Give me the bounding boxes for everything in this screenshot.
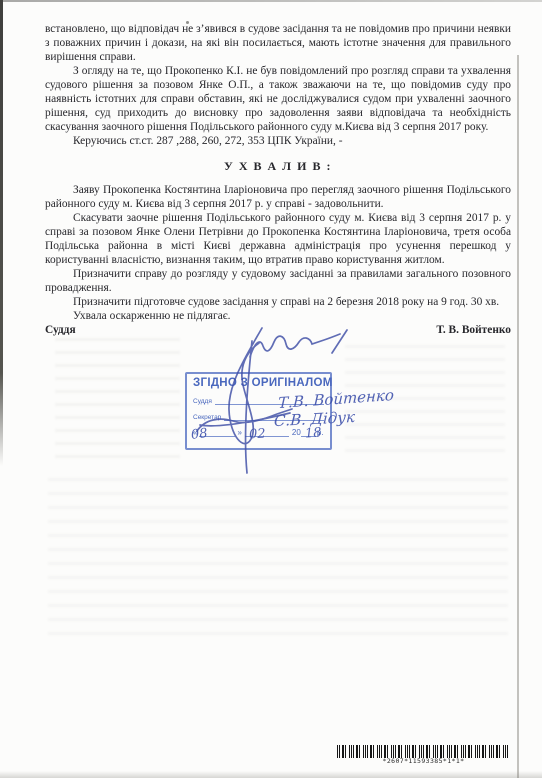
scan-edge-right (517, 55, 519, 778)
handwritten-date-year: 18 (304, 425, 322, 441)
ruling-item-grant-application: Заяву Прокопенка Костянтина Іларіоновича… (45, 183, 511, 211)
scanned-court-ruling-page: встановлено, що відповідач не з’явився в… (0, 0, 542, 778)
ruling-item-no-appeal: Ухвала оскарженню не підлягає. (45, 309, 511, 323)
ruling-item-schedule-proceedings: Призначити справу до розгляду у судовому… (45, 267, 511, 295)
bleedthrough-ghost-text (55, 338, 180, 463)
scan-edge-left (0, 0, 3, 466)
handwritten-date-month: 02 (249, 427, 266, 443)
signature-row: Суддя Т. В. Войтенко (45, 323, 511, 337)
paragraph-continuation: встановлено, що відповідач не з’явився в… (45, 22, 511, 64)
barcode-text: *2607*11593385*1*1* (337, 758, 510, 765)
ruling-item-preparatory-hearing: Призначити підготовче судове засідання у… (45, 295, 511, 309)
stamp-date-close-quote: » (237, 428, 241, 437)
stamp-date-year-prefix: 20 (292, 428, 301, 437)
paragraph-legal-basis: Керуючись ст.ст. 287 ,288, 260, 272, 353… (45, 134, 511, 148)
bleedthrough-ghost-text (48, 478, 508, 646)
scan-bottom-shadow (0, 771, 542, 778)
document-body: встановлено, що відповідач не з’явився в… (45, 22, 511, 337)
stamp-secretary-label: Секретар (193, 414, 221, 421)
paragraph-reasoning: З огляду на те, що Прокопенко К.І. не бу… (45, 64, 511, 134)
stamp-title: ЗГІДНО З ОРИГІНАЛОМ (193, 377, 324, 389)
stamp-judge-label: Суддя (193, 398, 212, 405)
ruling-item-cancel-judgment: Скасувати заочне рішення Подільського ра… (45, 211, 511, 267)
handwritten-date-day: 08 (190, 426, 208, 443)
scan-edge-top (0, 0, 542, 2)
barcode: *2607*11593385*1*1* (337, 745, 510, 766)
judge-name: Т. В. Войтенко (436, 323, 511, 337)
ruling-heading: У Х В А Л И В : (45, 159, 511, 173)
judge-label: Суддя (45, 323, 76, 337)
